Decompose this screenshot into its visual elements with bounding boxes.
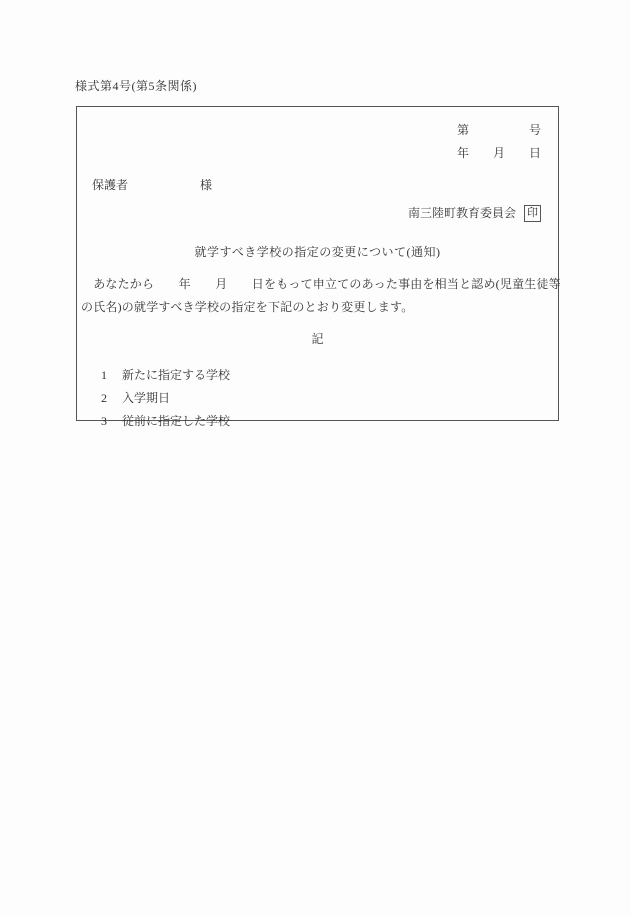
notice-form-box: 第 号 年 月 日 保護者 様 南三陸町教育委員会 印 就学すべき学校の指定の変… (76, 106, 559, 421)
body-text-line-1: あなたから 年 月 日をもって申立てのあった事由を相当と認め(児童生徒等 (81, 277, 561, 291)
seal-mark: 印 (524, 205, 541, 222)
document-number-line: 第 号 (457, 123, 541, 137)
document-title: 就学すべき学校の指定の変更について(通知) (77, 245, 558, 259)
addressee-line: 保護者 様 (92, 178, 212, 192)
issue-date-line: 年 月 日 (457, 146, 541, 160)
issuer-name: 南三陸町教育委員会 (408, 206, 516, 220)
document-page: 様式第4号(第5条関係) 第 号 年 月 日 保護者 様 南三陸町教育委員会 印… (0, 0, 630, 915)
body-text-line-2: の氏名)の就学すべき学校の指定を下記のとおり変更します。 (81, 300, 413, 314)
form-number-label: 様式第4号(第5条関係) (75, 79, 197, 93)
record-heading: 記 (77, 332, 558, 346)
list-item-3-number: 3 (101, 414, 122, 428)
issuer-row: 南三陸町教育委員会 印 (408, 205, 541, 222)
list-item-3-label: 従前に指定した学校 (122, 414, 230, 428)
list-item-3: 3従前に指定した学校 (83, 400, 230, 443)
